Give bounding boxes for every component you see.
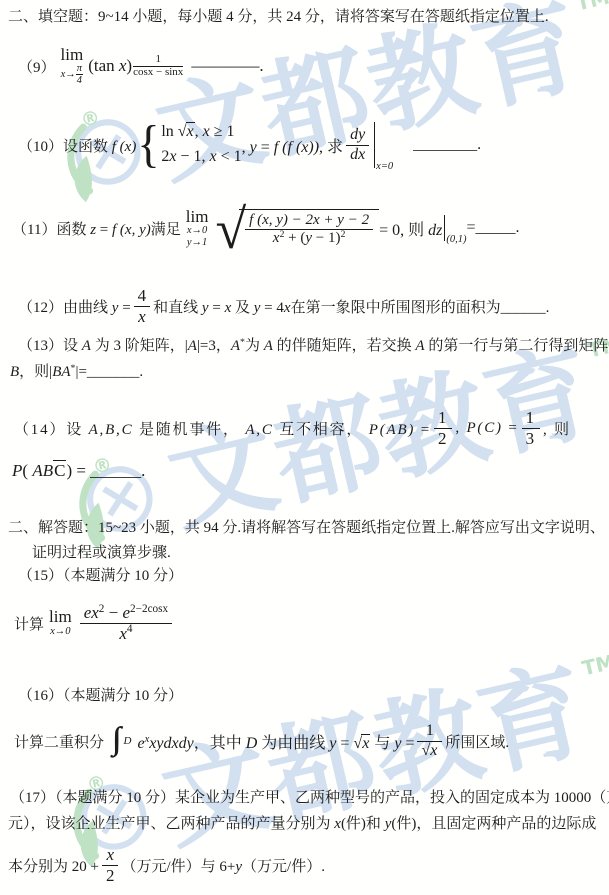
text-segment: f (x, y) (112, 222, 151, 238)
q11-eval-bar (444, 215, 445, 241)
text-segment: = (96, 222, 112, 238)
question-14-line2: P( ABC) = ______. (12, 460, 145, 483)
text-segment: C (53, 460, 66, 480)
text-segment: AB (32, 461, 53, 480)
solve-section-heading-line1: 二、解答题：15~23 小题，共 94 分.请将解答写在答题纸指定位置上.解答应… (8, 518, 605, 538)
q9-exponent-fraction: 1 cosx − sinx (133, 54, 183, 78)
text-segment: 在第一象限中所围图形的面积为______. (291, 300, 550, 316)
q10-piecewise-row2: 2x − 1, x < 1 (161, 145, 241, 170)
q16-tail: 所围区域. (445, 731, 509, 752)
q16-lead: 计算二重积分 (14, 731, 104, 752)
q9-lim-subscript: x→π4 (61, 63, 84, 86)
text-segment: A,B,C (89, 422, 134, 438)
text-segment: ，则| (19, 364, 52, 380)
text-segment: D (246, 735, 258, 752)
text-segment: f (x, y) − 2x + y − 2 (249, 212, 369, 228)
text-segment: ≥ 1 (210, 123, 235, 140)
trademark-icon: TM (574, 0, 609, 15)
text-segment: |=3， (197, 338, 231, 354)
text-segment: * (71, 363, 76, 374)
question-17-line3: 本分别为 20 + x 2 （万元/件）与 6+y（万元/件）. (8, 838, 325, 892)
text-segment: , 则 (543, 422, 571, 438)
q15-lead: 计算 (14, 613, 44, 634)
q11-evaluated-at: (0,1) (444, 215, 466, 241)
q11-lim-word: lim (186, 208, 209, 226)
text-segment: x (186, 122, 195, 140)
text-segment: y (202, 300, 209, 316)
q10-intro: （10）设函数 f (x) (18, 135, 136, 156)
q10-piecewise-rows: ln √x, x ≥ 1 2x − 1, x < 1 (161, 120, 241, 170)
q10-eval-bar (374, 122, 375, 168)
text-segment: , (195, 123, 203, 140)
text-segment: 2 (99, 603, 105, 615)
text-segment: 2 (341, 229, 346, 240)
text-segment: A,C (245, 422, 273, 438)
q10-eval-subscript: x=0 (376, 161, 393, 172)
q11-fraction: f (x, y) − 2x + y − 2 x2 + (y − 1)2 (245, 212, 373, 248)
text-segment: = (401, 735, 414, 752)
q15-fraction: ex2 − e2−2cosx x4 (80, 603, 172, 643)
q17-line3-pre: 本分别为 20 + (8, 855, 99, 876)
q9-sub-arrow: → (65, 69, 76, 81)
text-segment: x (284, 300, 291, 316)
text-segment: 的第一行与第二行得到矩阵 (425, 338, 609, 354)
text-segment: （万元/件）. (242, 859, 325, 875)
q14-tail: , 则 (543, 418, 571, 439)
q11-post: = 0, 则 dz (379, 217, 442, 240)
text-segment: f (f (x)) (274, 139, 319, 156)
text-segment: （13）设 (18, 338, 82, 354)
text-segment: |=_______. (75, 364, 143, 380)
q15-lim-word: lim (49, 608, 72, 626)
text-segment: ，其中 (194, 735, 246, 752)
q12-fraction: 4 x (134, 286, 151, 326)
text-segment: − 1) (312, 230, 340, 246)
text-segment: − (104, 603, 122, 622)
q9-label: （9） (18, 56, 56, 77)
question-16-body: 计算二重积分 ∫∫ D exxydxdy，其中 D 为由曲线 y = √x 与 … (14, 712, 509, 770)
q11-square-root: √ f (x, y) − 2x + y − 2 x2 + (y − 1)2 (215, 209, 379, 248)
text-segment: 满足 (151, 222, 181, 238)
text-segment: 的伴随矩阵，若交换 (273, 338, 416, 354)
text-segment: ex (84, 603, 99, 622)
text-segment: = (503, 420, 519, 436)
text-segment: = (118, 300, 130, 316)
text-segment: dz (428, 222, 442, 239)
q10-piecewise-row1: ln √x, x ≥ 1 (161, 120, 241, 145)
text-segment: 为 3 阶矩阵，| (91, 338, 188, 354)
text-segment: x (203, 123, 210, 140)
text-segment: B (10, 364, 19, 380)
question-13-line2: B，则|BA*|=_______. (10, 362, 143, 382)
q11-lim-sub2: y→1 (186, 237, 209, 249)
text-segment: xydxdy (149, 735, 193, 752)
exam-paper-page: ® 文都教育 TM ® 文都教育 TM ® 文都教育 TM 二、填 (0, 0, 609, 895)
q9-answer-blank: ————. (191, 56, 263, 76)
text-segment: = √ (336, 735, 362, 752)
text-segment: , (455, 420, 466, 436)
text-segment: e (122, 603, 130, 622)
q14-mid: , P(C) = (455, 420, 518, 437)
text-segment: 为由曲线 (257, 735, 329, 752)
q11-limit: lim x→0 y→1 (186, 208, 209, 249)
text-segment: A (415, 338, 424, 354)
question-17-line2: 元），设该企业生产甲、乙两种产品的产量分别为 x(件)和 y(件)，且固定两种产… (8, 814, 596, 834)
q16-fraction: 1 √x (417, 722, 442, 760)
text-segment: , 求 (319, 139, 343, 156)
text-segment: (tan (88, 56, 119, 75)
text-segment: x (145, 734, 150, 745)
q10-evaluated-at: x=0 (374, 122, 393, 168)
q11-lim-sub1: x→0 (186, 225, 209, 237)
q9-pi-over-4: π4 (76, 63, 83, 86)
q16-fraction-den: √x (417, 742, 442, 760)
text-segment: 2−2cosx (130, 603, 168, 615)
text-segment: P(C) (466, 420, 502, 436)
text-segment: (件)和 (341, 816, 385, 832)
text-segment: A (188, 338, 197, 354)
q10-mid: , y = f (f (x)), 求 (242, 134, 343, 157)
text-segment: = 0, 则 (379, 222, 428, 239)
text-segment: = 4 (260, 300, 283, 316)
q15-lim-subscript: x→0 (49, 626, 72, 638)
text-segment: 和直线 (153, 300, 202, 316)
q17-fraction: x 2 (102, 845, 119, 885)
trademark-icon: TM (580, 650, 609, 681)
text-segment: （14）设 (14, 422, 89, 438)
text-segment: (件)，且固定两种产品的边际成 (391, 816, 596, 832)
text-segment: , (242, 139, 250, 156)
text-segment: x (119, 624, 127, 643)
text-segment: ) = ______. (66, 461, 145, 480)
text-segment: x (334, 816, 341, 832)
text-segment: 互不相容， (274, 422, 369, 438)
text-segment: ) (126, 56, 132, 75)
question-17-line1: （17）（本题满分 10 分）某企业为生产甲、乙两种型号的产品，投入的固定成本为… (10, 788, 609, 808)
q16-mid: exxydxdy，其中 D 为由曲线 y = √x 与 y = (138, 730, 415, 753)
q11-root-content: f (x, y) − 2x + y − 2 x2 + (y − 1)2 (239, 209, 379, 248)
text-segment: = (257, 139, 274, 156)
q11-intro: （11）函数 z = f (x, y)满足 (12, 218, 181, 239)
text-segment: 元），设该企业生产甲、乙两种产品的产量分别为 (8, 816, 334, 832)
q12-post: 和直线 y = x 及 y = 4x在第一象限中所围图形的面积为______. (153, 296, 549, 317)
question-11: （11）函数 z = f (x, y)满足 lim x→0 y→1 √ f (x… (12, 196, 520, 260)
text-segment: * (240, 337, 245, 348)
q14-pab-fraction: 1 2 (434, 408, 452, 448)
question-15-body: 计算 lim x→0 ex2 − e2−2cosx x4 (14, 592, 175, 654)
text-segment: y (250, 139, 257, 156)
q9-body: (tan x) (88, 56, 132, 76)
q9-lim-word: lim (61, 46, 84, 64)
text-segment: x (361, 734, 370, 752)
watermark-top: ® 文都教育 TM (48, 0, 609, 215)
text-segment: = (415, 422, 431, 438)
text-segment: = (209, 300, 225, 316)
question-15-head: （15）（本题满分 10 分） (18, 566, 183, 586)
text-segment: 是随机事件， (133, 422, 245, 438)
text-segment: < 1 (217, 148, 242, 165)
question-9: （9） lim x→π4 (tan x) 1 cosx − sinx ————. (18, 36, 264, 96)
q12-intro: （12）由曲线 y = (18, 296, 131, 317)
question-16-head: （16）（本题满分 10 分） (18, 686, 183, 706)
text-segment: + ( (284, 230, 305, 246)
text-segment: f (x) (112, 139, 137, 155)
q10-answer-blank: ________. (413, 136, 481, 154)
q16-integral-domain: D (124, 735, 132, 747)
text-segment: 4 (127, 623, 133, 635)
question-14-line1: （14）设 A,B,C 是随机事件， A,C 互不相容， P(AB) = 1 2… (14, 404, 571, 452)
q17-line3-mid: （万元/件）与 6+y（万元/件）. (121, 855, 324, 876)
text-segment: 及 (231, 300, 254, 316)
q10-dydx-fraction: dy dx (346, 126, 369, 164)
question-12: （12）由曲线 y = 4 x 和直线 y = x 及 y = 4x在第一象限中… (18, 278, 549, 334)
text-segment: ( (22, 461, 32, 480)
text-segment: （11）函数 (12, 222, 90, 238)
text-segment: 为 (245, 338, 264, 354)
text-segment: A (264, 338, 273, 354)
text-segment: P (12, 461, 22, 480)
text-segment: 2 (279, 229, 284, 240)
text-segment: x (209, 148, 216, 165)
q10-piecewise-brace: { (138, 122, 160, 169)
text-segment: ln √ (161, 123, 186, 140)
question-13-line1: （13）设 A 为 3 阶矩阵，|A|=3，A*为 A 的伴随矩阵，若交换 A … (18, 336, 608, 356)
q14-pc-fraction: 1 3 (522, 408, 540, 448)
fill-section-heading: 二、填空题：9~14 小题，每小题 4 分，共 24 分，请将答案写在答题纸指定… (8, 7, 549, 27)
q11-answer-blank: =_____. (466, 219, 519, 237)
text-segment: （万元/件）与 6+ (121, 859, 235, 875)
text-segment: e (138, 735, 145, 752)
q9-limit: lim x→π4 (61, 46, 84, 87)
q11-eval-subscript: (0,1) (446, 234, 466, 245)
question-10: （10）设函数 f (x) { ln √x, x ≥ 1 2x − 1, x <… (18, 112, 481, 178)
q14-intro: （14）设 A,B,C 是随机事件， A,C 互不相容， P(AB) = (14, 418, 431, 439)
text-segment: A (82, 338, 91, 354)
text-segment: 与 (370, 735, 394, 752)
text-segment: − 1, (176, 148, 209, 165)
solve-section-heading-line2: 证明过程或演算步骤. (32, 543, 171, 563)
text-segment: （10）设函数 (18, 139, 112, 155)
q15-limit: lim x→0 (49, 608, 72, 637)
text-segment: BA (52, 364, 70, 380)
text-segment: （12）由曲线 (18, 300, 112, 316)
text-segment: P(AB) (369, 422, 415, 438)
text-segment: A (231, 338, 240, 354)
